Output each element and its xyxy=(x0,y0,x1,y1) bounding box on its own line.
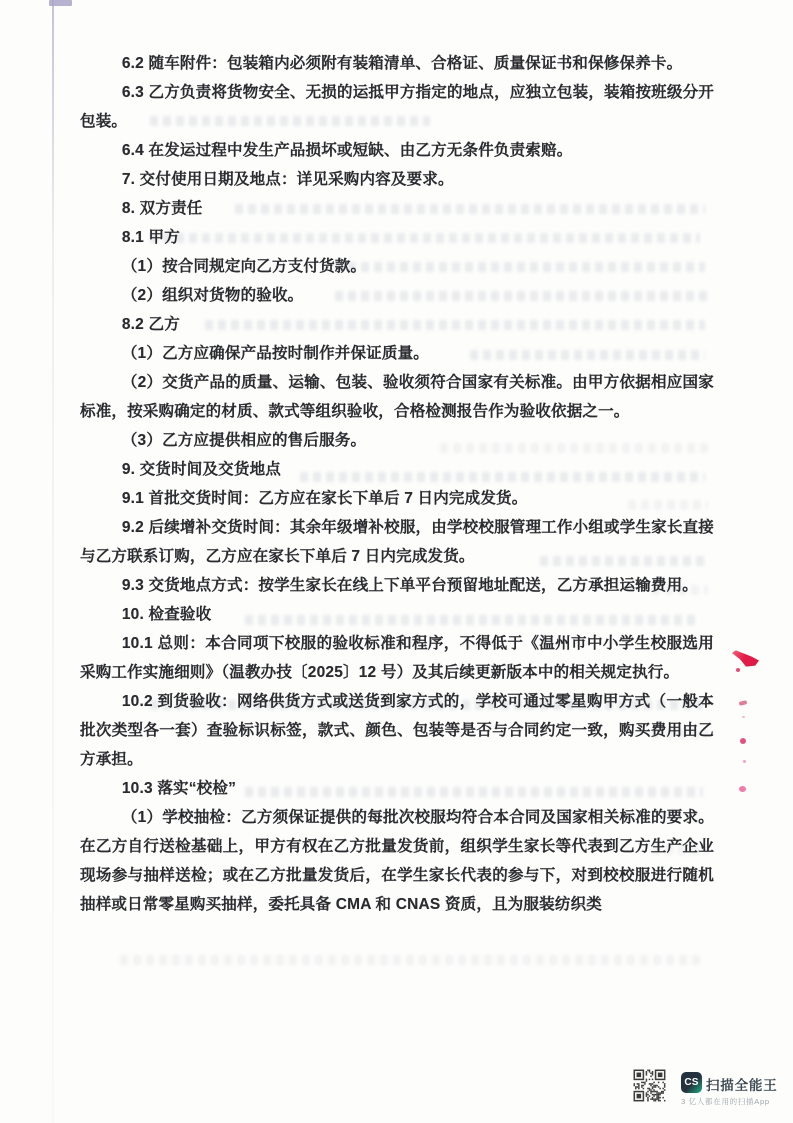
contract-paragraph: 10.3 落实“校检” xyxy=(80,774,714,803)
contract-paragraph: 6.3 乙方负责将货物安全、无损的运抵甲方指定的地点，应独立包装，装箱按班级分开… xyxy=(80,78,714,136)
camscanner-logo-text: CS xyxy=(684,1077,698,1088)
red-ink-mark xyxy=(743,760,746,763)
contract-paragraph: 9.3 交货地点方式：按学生家长在线上下单平台预留地址配送，乙方承担运输费用。 xyxy=(80,571,714,600)
red-ink-mark xyxy=(739,700,748,706)
red-ink-mark xyxy=(740,738,746,744)
scan-edge-mark xyxy=(49,0,72,6)
scan-edge-artifact xyxy=(52,0,54,1123)
contract-paragraph: （3）乙方应提供相应的售后服务。 xyxy=(80,426,714,455)
contract-paragraph: （1）按合同规定向乙方支付货款。 xyxy=(80,252,714,281)
camscanner-app-name: 扫描全能王 xyxy=(706,1074,778,1094)
red-ink-mark xyxy=(732,650,759,667)
contract-paragraph: 9. 交货时间及交货地点 xyxy=(80,455,714,484)
contract-paragraph: 7. 交付使用日期及地点：详见采购内容及要求。 xyxy=(80,165,714,194)
camscanner-tagline: 3 亿人都在用的扫描App xyxy=(681,1096,770,1107)
scanned-contract-page: 6.2 随车附件：包装箱内必须附有装箱清单、合格证、质量保证书和保修保养卡。6.… xyxy=(0,0,793,1123)
contract-paragraph: （2）组织对货物的验收。 xyxy=(80,281,714,310)
contract-paragraph: 8.2 乙方 xyxy=(80,310,714,339)
contract-paragraph: 8. 双方责任 xyxy=(80,194,714,223)
contract-paragraph: （2）交货产品的质量、运输、包装、验收须符合国家有关标准。由甲方依据相应国家标准… xyxy=(80,368,714,426)
camscanner-logo-icon: CS xyxy=(681,1072,702,1093)
contract-paragraph: （1）乙方应确保产品按时制作并保证质量。 xyxy=(80,339,714,368)
contract-paragraph: 10. 检查验收 xyxy=(80,600,714,629)
red-ink-mark xyxy=(736,668,740,672)
red-ink-mark xyxy=(742,716,745,718)
contract-paragraph: 10.1 总则：本合同项下校服的验收标准和程序，不得低于《温州市中小学生校服选用… xyxy=(80,629,714,687)
contract-paragraph: 10.2 到货验收：网络供货方式或送货到家方式的，学校可通过零星购甲方式（一般本… xyxy=(80,687,714,774)
camscanner-watermark: CS 扫描全能王 3 亿人都在用的扫描App xyxy=(632,1066,788,1118)
contract-paragraph: 9.1 首批交货时间：乙方应在家长下单后 7 日内完成发货。 xyxy=(80,484,714,513)
qr-code-icon xyxy=(632,1068,670,1106)
contract-paragraph: 6.2 随车附件：包装箱内必须附有装箱清单、合格证、质量保证书和保修保养卡。 xyxy=(80,49,714,78)
contract-paragraph: 8.1 甲方 xyxy=(80,223,714,252)
contract-paragraph: （1）学校抽检：乙方须保证提供的每批次校服均符合本合同及国家相关标准的要求。在乙… xyxy=(80,803,714,919)
contract-paragraph: 6.4 在发运过程中发生产品损坏或短缺、由乙方无条件负责索赔。 xyxy=(80,136,714,165)
bleedthrough-smudge xyxy=(120,955,700,965)
red-ink-mark xyxy=(739,786,746,792)
contract-body: 6.2 随车附件：包装箱内必须附有装箱清单、合格证、质量保证书和保修保养卡。6.… xyxy=(80,49,714,919)
contract-paragraph: 9.2 后续增补交货时间：其余年级增补校服，由学校校服管理工作小组或学生家长直接… xyxy=(80,513,714,571)
